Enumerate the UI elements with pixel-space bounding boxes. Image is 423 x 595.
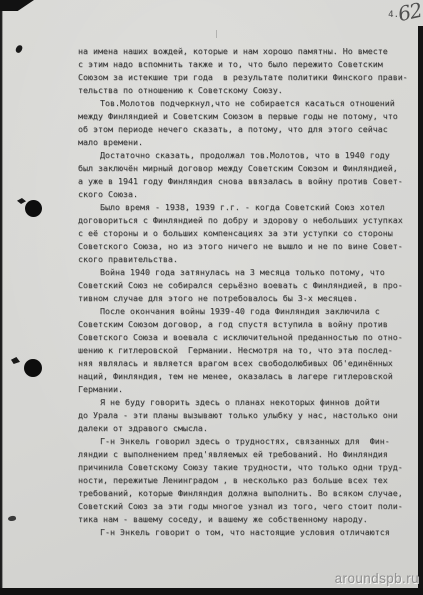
- ink-speck-icon: [15, 44, 23, 53]
- text-line: Германии.: [78, 383, 410, 396]
- text-line: между Финляндией и Советским Союзом в пе…: [78, 110, 410, 123]
- text-line: причинила Советскому Союзу такие труднос…: [78, 461, 410, 474]
- text-line: был заключён мирный договор между Советс…: [78, 162, 410, 175]
- text-line: тивном случае для этого не потребовалось…: [78, 292, 410, 305]
- text-line: Советский Союз не собирался серьёзно вое…: [78, 279, 410, 292]
- text-line: наций, Финляндия, тем не менее, оказалас…: [78, 370, 410, 383]
- text-line: Советского Союза и воевала с исключитель…: [78, 331, 410, 344]
- paper-crease-mark: [216, 30, 217, 38]
- text-line: тика нам - вашему соседу, и вашему же со…: [78, 513, 410, 526]
- scan-edge-bottom: [0, 588, 423, 595]
- text-line: ского правительства.: [78, 253, 410, 266]
- scan-edge-left: [0, 0, 3, 595]
- punch-hole-top-icon: [25, 200, 42, 217]
- text-line: Я не буду говорить здесь о планах некото…: [78, 396, 410, 409]
- scan-corner-top-left: [0, 0, 34, 11]
- text-line: далеки от здравого смысла.: [78, 422, 410, 435]
- text-line: договориться с Финляндией по добру и здо…: [78, 214, 410, 227]
- punch-hole-bottom-icon: [24, 359, 42, 377]
- handwritten-page-number: 62: [395, 0, 423, 26]
- text-line: ляндии с выполнением пред'являемых ей тр…: [78, 448, 410, 461]
- text-line: Советского Союза, но из этого ничего не …: [78, 240, 410, 253]
- text-line: Было время - 1938, 1939 г.г. - когда Сов…: [78, 201, 410, 214]
- text-line: няя являлась и является врагом всех своб…: [78, 357, 410, 370]
- ink-speck-icon: [8, 515, 17, 522]
- text-line: Советским Союзом договор, а год спустя в…: [78, 318, 410, 331]
- text-line: тельства по отношению к Советскому Союзу…: [78, 84, 410, 97]
- text-line: об этом периоде нечего сказать, а потому…: [78, 123, 410, 136]
- text-line: мало времени.: [78, 136, 410, 149]
- text-line: требований, которые Финляндия должна вып…: [78, 487, 410, 500]
- watermark: aroundspb.ru: [335, 571, 419, 586]
- text-line: шению к гитлеровской Германии. Несмотря …: [78, 344, 410, 357]
- document-text-block: на имена наших вождей, которые и нам хор…: [78, 45, 410, 539]
- ink-speck-icon: [17, 198, 26, 204]
- text-line: Война 1940 года затянулась на 3 месяца т…: [78, 266, 410, 279]
- text-line: После окончания войны 1939-40 года Финля…: [78, 305, 410, 318]
- text-line: Советский Союз за эти годы многое узнал …: [78, 500, 410, 513]
- ink-speck-icon: [11, 357, 20, 364]
- text-line: ского Союза.: [78, 188, 410, 201]
- text-line: Достаточно сказать, продолжал тов.Молото…: [78, 149, 410, 162]
- scan-edge-right: [418, 26, 423, 595]
- text-line: с этим надо вспомнить также и то, что бы…: [78, 58, 410, 71]
- text-line: ности, пережитые Ленинградом , в несколь…: [78, 474, 410, 487]
- text-line: до Урала - эти планы вызывают только улы…: [78, 409, 410, 422]
- text-line: Союзом за истекшие три года в результате…: [78, 71, 410, 84]
- scanned-document-page: 4. 62 на имена наших вождей, которые и н…: [0, 0, 423, 595]
- text-line: с её стороны и о больших компенсациях за…: [78, 227, 410, 240]
- text-line: а уже в 1941 году Финляндия снова ввязал…: [78, 175, 410, 188]
- text-line: Тов.Молотов подчеркнул,что не собирается…: [78, 97, 410, 110]
- text-line: Г-н Энкель говорил здесь о трудностях, с…: [78, 435, 410, 448]
- text-line: Г-н Энкель говорит о том, что настоящие …: [78, 526, 410, 539]
- text-line: на имена наших вождей, которые и нам хор…: [78, 45, 410, 58]
